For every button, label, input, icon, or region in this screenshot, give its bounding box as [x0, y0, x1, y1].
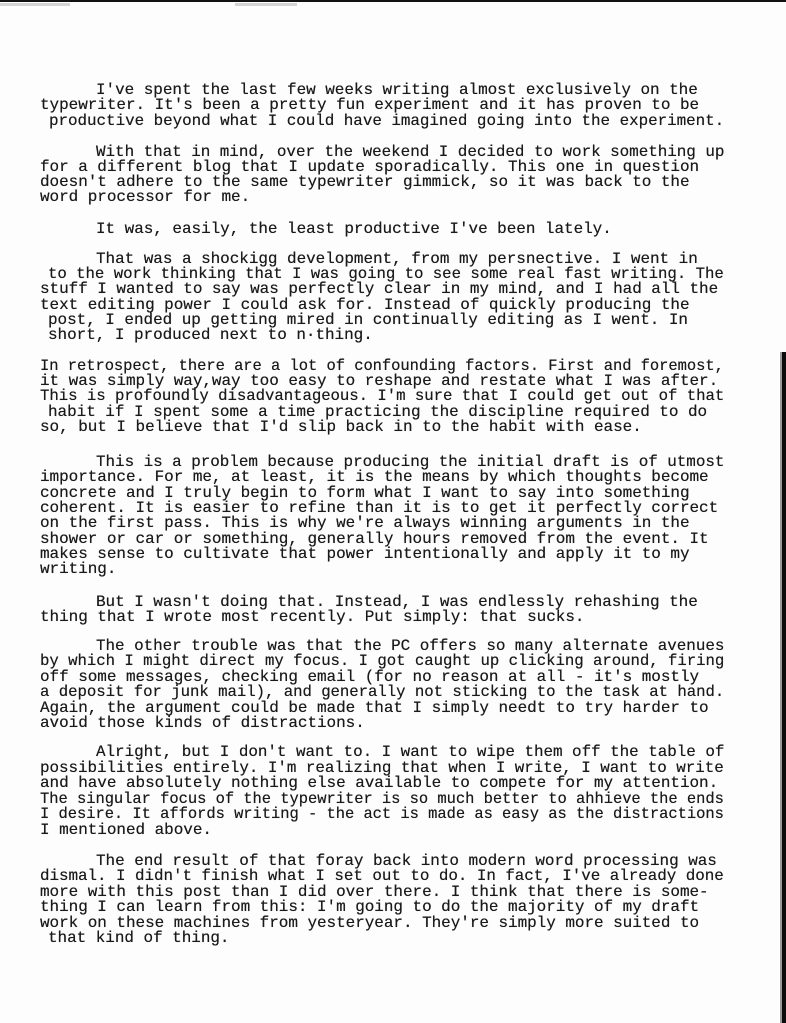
text-line: importance. For me, at least, it is the … [40, 469, 709, 485]
text-line: Alright, but I don't want to. I want to … [96, 744, 724, 760]
text-line: stuff I wanted to say was perfectly clea… [40, 281, 718, 297]
text-line: that kind of thing. [48, 930, 229, 946]
text-line: makes sense to cultivate that power inte… [40, 546, 690, 562]
text-line: It was, easily, the least productive I'v… [96, 221, 612, 237]
text-line: I mentioned above. [40, 822, 212, 838]
text-line: This is profoundly disadvantageous. I'm … [40, 388, 724, 404]
text-line: writing. [40, 561, 116, 577]
text-line: so, but I believe that I'd slip back in … [40, 419, 642, 435]
text-line: dismal. I didn't finish what I set out t… [40, 868, 724, 884]
text-line: thing that I wrote most recently. Put si… [40, 609, 584, 625]
text-line: I desire. It affords writing - the act i… [40, 806, 724, 822]
scanned-page: I've spent the last few weeks writing al… [0, 0, 786, 1023]
text-line: short, I produced next to n·thing. [48, 327, 373, 343]
text-line: a deposit for junk mail), and generally … [40, 684, 724, 700]
text-line: on the first pass. This is why we're alw… [40, 515, 690, 531]
top-edge-rule [0, 0, 786, 2]
text-line: productive beyond what I could have imag… [49, 113, 724, 129]
text-line: by which I might direct my focus. I got … [40, 653, 724, 669]
scan-artifact [235, 3, 297, 6]
text-line: typewriter. It's been a pretty fun exper… [40, 97, 699, 113]
text-line: word processor for me. [40, 189, 250, 205]
page-edge-border [782, 352, 786, 1023]
scan-artifact [0, 3, 70, 6]
text-line: thing I can learn from this: I'm going t… [40, 899, 699, 915]
text-line: and have absolutely nothing else availab… [40, 775, 718, 791]
text-line: avoid those kinds of distractions. [40, 715, 365, 731]
